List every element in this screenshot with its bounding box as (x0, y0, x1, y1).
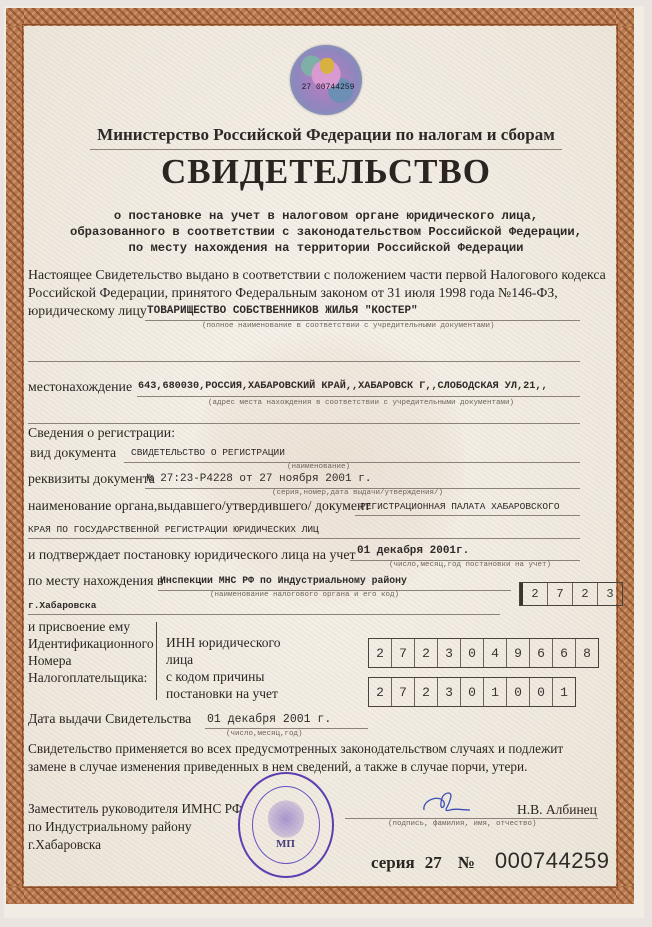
inn-label-line: ИНН юридического (166, 634, 280, 651)
confirmation-date-caption: (число,месяц,год постановки на учет) (389, 561, 551, 569)
hologram-seal (290, 45, 362, 115)
inn-digit: 8 (575, 639, 598, 667)
issuer-label: наименование органа,выдавшего/утвердивше… (28, 497, 370, 515)
signature-caption: (подпись, фамилия, имя, отчество) (388, 820, 537, 828)
kpp-digit: 3 (437, 678, 460, 706)
hologram-number: 27 00744259 (300, 83, 356, 92)
signatory-position-2: по Индустриальному району (28, 818, 192, 836)
entity-underline-2 (28, 361, 580, 362)
confirmation-date: 01 декабря 2001г. (357, 545, 469, 557)
document-title: СВИДЕТЕЛЬСТВО (60, 152, 592, 192)
entity-caption: (полное наименование в соответствии с уч… (202, 322, 495, 330)
entity-label: юридическому лицу (28, 302, 147, 320)
intro-line-2: Российской Федерации, принятого Федераль… (28, 284, 558, 302)
kpp-digit: 1 (552, 678, 575, 706)
confirmation-label: и подтверждает постановку юридического л… (28, 546, 355, 564)
signatory-position-1: Заместитель руководителя ИМНС РФ (28, 800, 242, 818)
tax-office-code-field: 2723 (519, 582, 623, 606)
inn-digit: 3 (437, 639, 460, 667)
series-label: серия (371, 853, 415, 873)
kpp-field: 272301001 (368, 677, 576, 707)
kpp-label-block: с кодом причины постановки на учет (166, 668, 278, 702)
kpp-label-line: постановки на учет (166, 685, 278, 702)
kpp-label-line: с кодом причины (166, 668, 278, 685)
doc-details-value: № 27:23-Р4228 от 27 ноября 2001 г. (147, 473, 371, 485)
signatory-position-3: г.Хабаровска (28, 836, 101, 854)
stamp-eagle-icon (268, 800, 304, 838)
issue-date-value: 01 декабря 2001 г. (207, 713, 331, 726)
issue-date-caption: (число,месяц,год) (226, 730, 303, 738)
tax-office-underline-2 (28, 614, 500, 615)
inn-label-line: лица (166, 651, 280, 668)
location-caption: (адрес места нахождения в соответствии с… (208, 399, 514, 407)
tax-office-name: Инспекции МНС РФ по Индустриальному райо… (160, 575, 407, 586)
tax-office-code-digit: 3 (597, 583, 622, 605)
tax-office-code-digit: 2 (520, 583, 547, 605)
inn-digit: 2 (369, 639, 391, 667)
validity-note-1: Свидетельство применяется во всех предус… (28, 740, 563, 758)
inn-divider (156, 622, 157, 700)
eagle-icon (320, 58, 334, 74)
location-underline (137, 396, 580, 397)
ministry-name: Министерство Российской Федерации по нал… (70, 125, 582, 145)
issuer-underline (355, 515, 580, 516)
inn-left-line: и присвоение ему (28, 618, 154, 635)
issue-date-label: Дата выдачи Свидетельства (28, 710, 191, 728)
series-value: 27 (425, 853, 442, 873)
issuer-value-1: РЕГИСТРАЦИОННАЯ ПАЛАТА ХАБАРОВСКОГО (360, 501, 560, 512)
tax-office-caption: (наименование налогового органа и его ко… (210, 591, 399, 599)
doc-type-value: СВИДЕТЕЛЬСТВО О РЕГИСТРАЦИИ (131, 447, 285, 458)
serial-number: 000744259 (495, 848, 610, 874)
kpp-digit: 7 (391, 678, 414, 706)
signature-underline (345, 818, 598, 819)
inn-digit: 6 (552, 639, 575, 667)
inn-left-line: Номера (28, 652, 154, 669)
intro-line-1: Настоящее Свидетельство выдано в соответ… (28, 266, 606, 284)
kpp-digit: 0 (506, 678, 529, 706)
issuer-underline-2 (28, 538, 580, 539)
tax-office-city: г.Хабаровска (28, 600, 96, 611)
inn-digit: 9 (506, 639, 529, 667)
inn-digit: 0 (460, 639, 483, 667)
doc-type-underline (124, 462, 580, 463)
signatory-name: Н.В. Албинец (517, 801, 597, 819)
issue-date-underline (205, 728, 368, 729)
inn-label-block: ИНН юридического лица (166, 634, 280, 668)
kpp-digit: 0 (529, 678, 552, 706)
doc-type-label: вид документа (30, 444, 116, 462)
kpp-digit: 1 (483, 678, 506, 706)
place-label: по месту нахождения в (28, 572, 163, 590)
inn-left-line: Идентификационного (28, 635, 154, 652)
inn-field: 2723049668 (368, 638, 599, 668)
entity-underline (145, 320, 580, 321)
doc-details-label: реквизиты документа (28, 470, 155, 488)
tax-office-code-digit: 7 (547, 583, 572, 605)
inn-digit: 7 (391, 639, 414, 667)
location-label: местонахождение (28, 378, 132, 396)
location-value: 643,680030,РОССИЯ,ХАБАРОВСКИЙ КРАЙ,,ХАБА… (138, 381, 548, 392)
ministry-divider (90, 149, 562, 150)
serial-block: серия 27 № 000744259 (371, 848, 609, 874)
registration-heading: Сведения о регистрации: (28, 424, 175, 442)
kpp-digit: 0 (460, 678, 483, 706)
issuer-value-2: КРАЯ ПО ГОСУДАРСТВЕННОЙ РЕГИСТРАЦИИ ЮРИД… (28, 524, 319, 535)
inn-left-block: и присвоение ему Идентификационного Номе… (28, 618, 154, 686)
tax-office-code-digit: 2 (572, 583, 597, 605)
doc-type-caption: (наименование) (287, 463, 350, 471)
entity-name: ТОВАРИЩЕСТВО СОБСТВЕННИКОВ ЖИЛЬЯ "КОСТЕР… (147, 305, 418, 317)
kpp-digit: 2 (414, 678, 437, 706)
inn-digit: 2 (414, 639, 437, 667)
inn-left-line: Налогоплательщика: (28, 669, 154, 686)
signature-icon (420, 788, 480, 818)
number-sign: № (458, 853, 475, 873)
inn-digit: 4 (483, 639, 506, 667)
inn-digit: 6 (529, 639, 552, 667)
kpp-digit: 2 (369, 678, 391, 706)
doc-details-caption: (серия,номер,дата выдачи/утверждения/) (272, 489, 443, 497)
stamp-label: МП (276, 838, 295, 850)
document-subtitle: о постановке на учет в налоговом органе … (40, 208, 612, 256)
